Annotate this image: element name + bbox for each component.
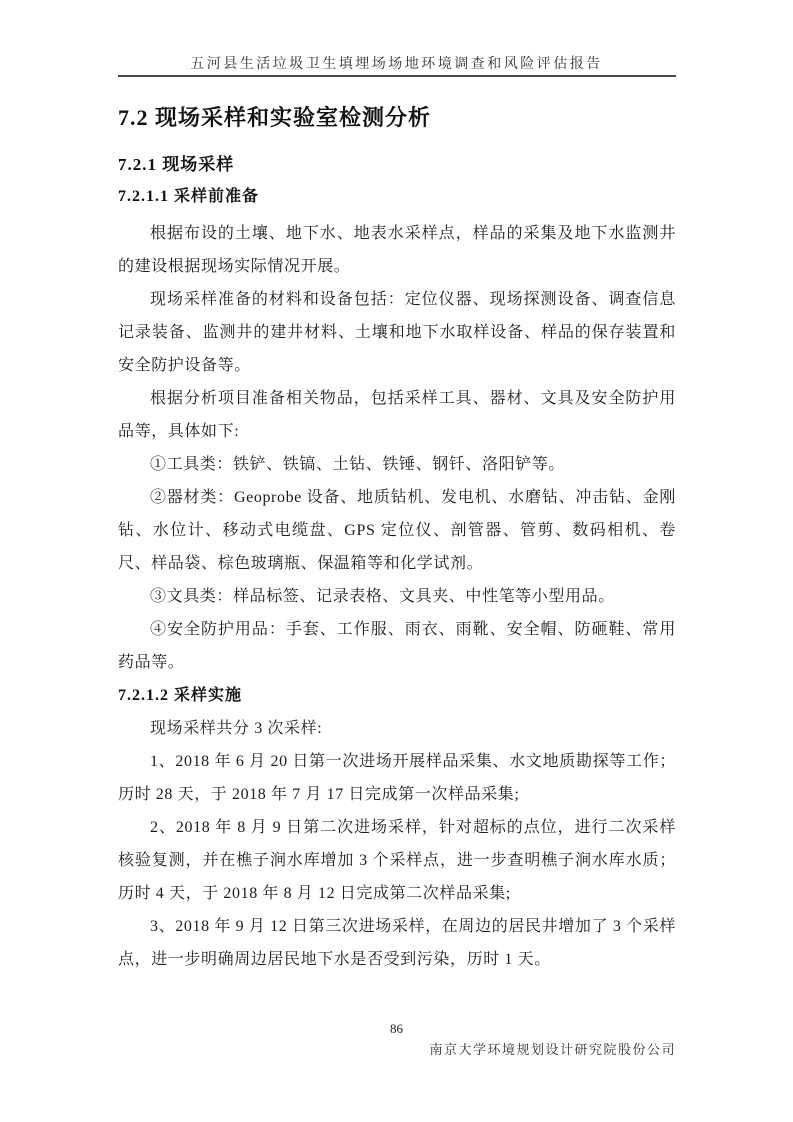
page-content: 7.2 现场采样和实验室检测分析 7.2.1 现场采样 7.2.1.1 采样前准… xyxy=(118,96,676,976)
prep-paragraph: 根据分析项目准备相关物品，包括采样工具、器材、文具及安全防护用品等，具体如下: xyxy=(118,382,676,448)
running-header-title: 五河县生活垃圾卫生填埋场场地环境调查和风险评估报告 xyxy=(0,53,793,73)
prep-list-item-safety: ④安全防护用品：手套、工作服、雨衣、雨靴、安全帽、防砸鞋、常用药品等。 xyxy=(118,613,676,679)
prep-list-item-tools: ①工具类：铁铲、铁镐、土钻、铁锤、钢钎、洛阳铲等。 xyxy=(118,448,676,481)
subsection-heading-7-2-1: 7.2.1 现场采样 xyxy=(118,153,676,177)
prep-paragraph: 现场采样准备的材料和设备包括：定位仪器、现场探测设备、调查信息记录装备、监测井的… xyxy=(118,283,676,382)
prep-paragraph: 根据布设的土壤、地下水、地表水采样点，样品的采集及地下水监测井的建设根据现场实际… xyxy=(118,217,676,283)
header-rule xyxy=(118,75,676,77)
report-page: 五河县生活垃圾卫生填埋场场地环境调查和风险评估报告 7.2 现场采样和实验室检测… xyxy=(0,0,793,1122)
impl-paragraph-round-3: 3、2018 年 9 月 12 日第三次进场采样，在周边的居民井增加了 3 个采… xyxy=(118,910,676,976)
subsubsection-heading-7-2-1-2: 7.2.1.2 采样实施 xyxy=(118,684,676,708)
impl-paragraph-intro: 现场采样共分 3 次采样: xyxy=(118,712,676,745)
section-heading-7-2: 7.2 现场采样和实验室检测分析 xyxy=(118,103,676,133)
prep-list-item-equipment: ②器材类：Geoprobe 设备、地质钻机、发电机、水磨钻、冲击钻、金刚钻、水位… xyxy=(118,481,676,580)
page-number: 86 xyxy=(0,1021,793,1037)
prep-list-item-stationery: ③文具类：样品标签、记录表格、文具夹、中性笔等小型用品。 xyxy=(118,580,676,613)
footer-organization: 南京大学环境规划设计研究院股份公司 xyxy=(429,1039,676,1058)
impl-paragraph-round-2: 2、2018 年 8 月 9 日第二次进场采样，针对超标的点位，进行二次采样核验… xyxy=(118,811,676,910)
impl-paragraph-round-1: 1、2018 年 6 月 20 日第一次进场开展样品采集、水文地质勘探等工作；历… xyxy=(118,745,676,811)
subsubsection-heading-7-2-1-1: 7.2.1.1 采样前准备 xyxy=(118,185,676,209)
